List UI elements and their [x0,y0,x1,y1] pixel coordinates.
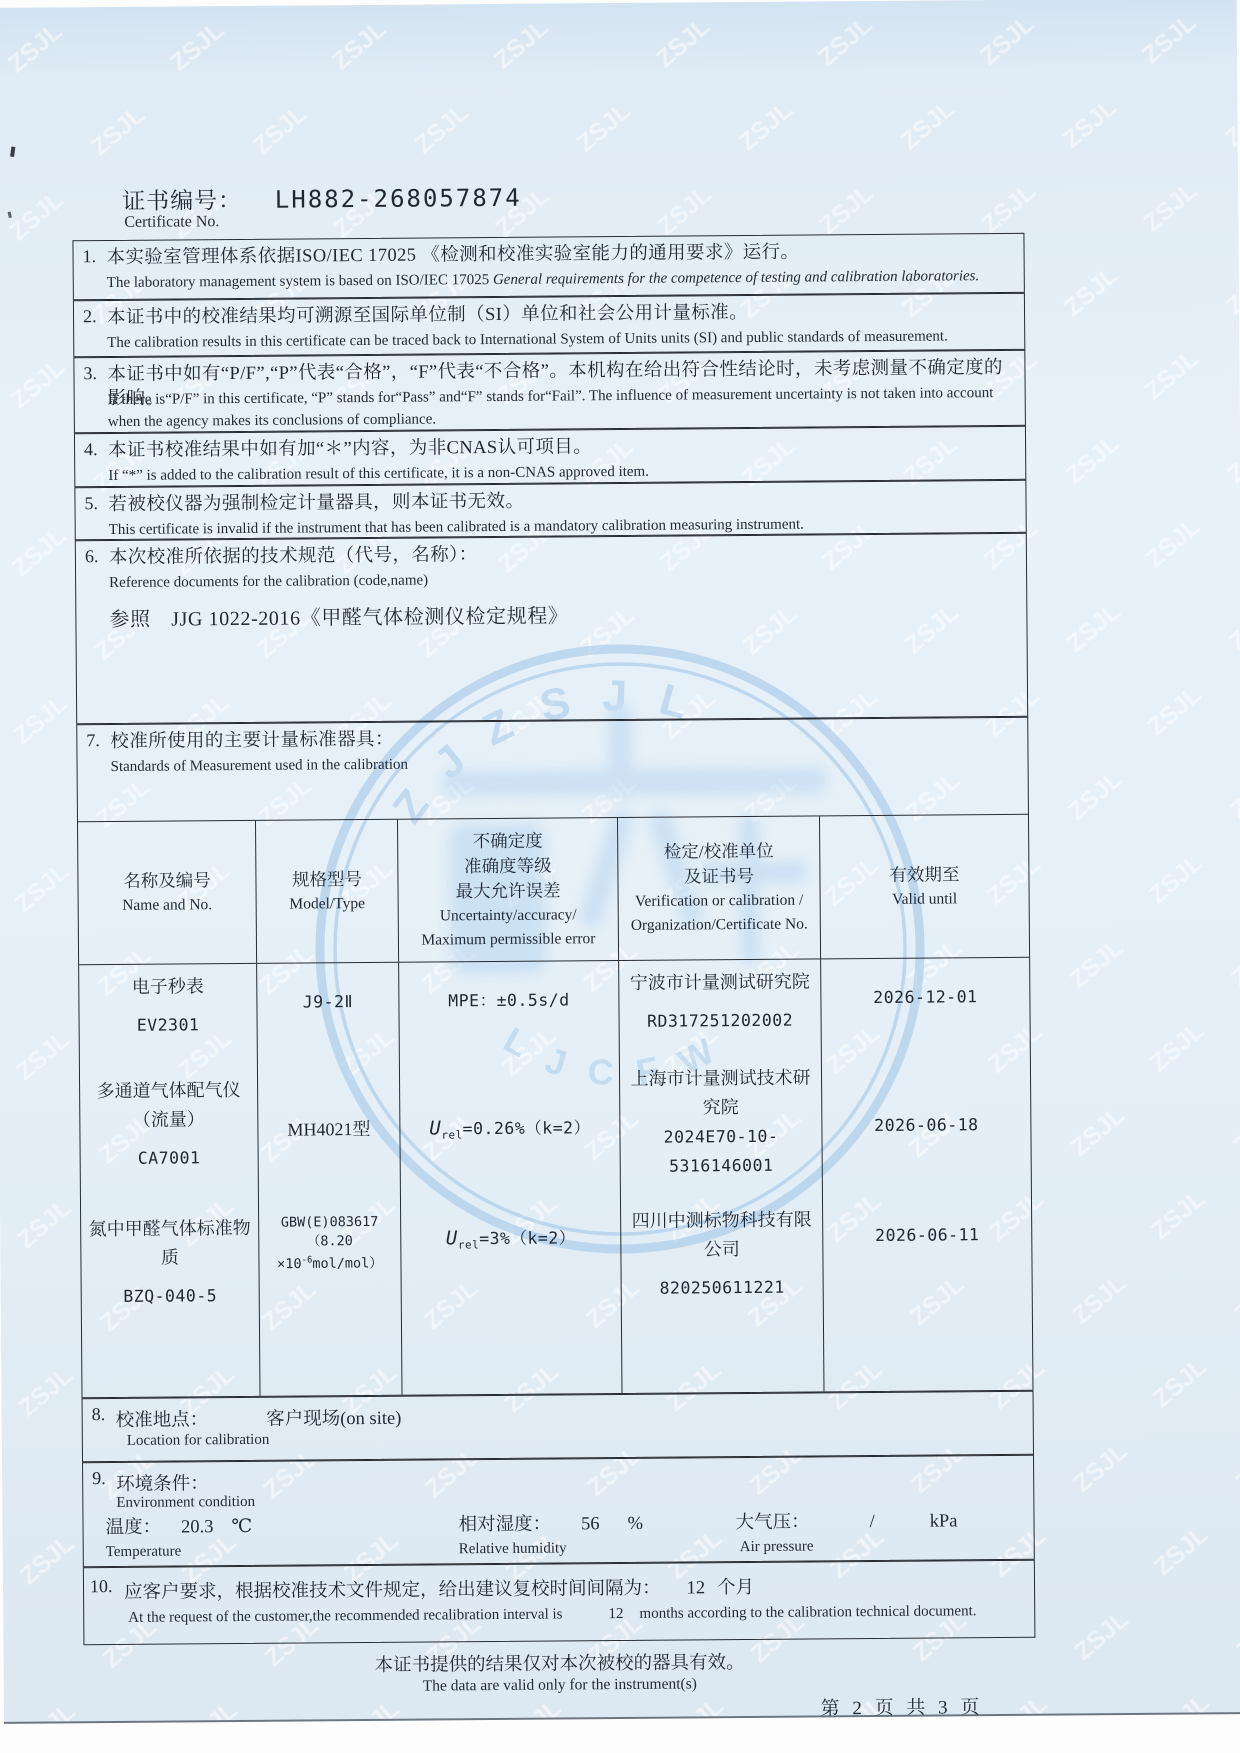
column-verification-org: 宁波市计量测试研究院 RD317251202002 上海市计量测试技术研 究院 … [619,959,824,1393]
environment-title-en: Environment condition [116,1494,255,1512]
header-name-no: 名称及编号 Name and No. [78,821,257,964]
location-value: 客户现场(on site) [266,1409,401,1430]
temperature-group: 温度：20.3℃ Temperature [105,1512,252,1561]
certificate-number-value: LH882-268057874 [275,184,522,214]
row3-uncertainty: Urel=3%（k=2） [401,1223,620,1260]
environment-title-zh: 环境条件： [116,1469,209,1496]
clause-text-en: Reference documents for the calibration … [109,565,1014,594]
clause-1-box: 1. 本实验室管理体系依据ISO/IEC 17025 《检测和校准实验室能力的通… [72,233,1024,300]
standards-table-header: 名称及编号 Name and No. 规格型号 Model/Type 不确定度 … [78,815,1029,965]
clause-3-box: 3. 本证书中如有“P/F”,“P”代表“合格”，“F”代表“不合格”。本机构在… [73,350,1026,433]
scan-speck [8,212,12,219]
row3-name: 氮中甲醛气体标准物 质 BZQ-040-5 [81,1214,259,1311]
row1-name: 电子秒表 EV2301 [79,972,257,1040]
clause-number: 4. [84,439,98,460]
reference-document: 参照 JJG 1022-2016《甲醛气体检测仪检定规程》 [109,599,568,632]
humidity-line: 相对湿度：56% [458,1509,643,1536]
row2-org: 上海市计量测试技术研 究院 2024E70-10-5316146001 [620,1063,822,1181]
scanned-certificate-page: ZSJL ZSJL ZJZSJL LJCFW [0,0,1240,1753]
temperature-line: 温度：20.3℃ [105,1512,252,1539]
clause-number: 3. [83,363,97,384]
standards-table-body: 电子秒表 EV2301 多通道气体配气仪 （流量） CA7001 氮中甲醛气体标… [79,958,1032,1397]
clause-6-box: 6. 本次校准所依据的技术规范（代号，名称）： Reference docume… [75,533,1028,724]
clause-number: 6. [85,546,99,567]
clause-4-box: 4. 本证书校准结果中如有加“＊”内容，为非CNAS认可项目。 If “*” i… [74,426,1026,487]
section-number: 9. [92,1468,106,1489]
clause-5-box: 5. 若被校仪器为强制检定计量器具，则本证书无效。 This certifica… [74,480,1026,540]
header-model-type: 规格型号 Model/Type [256,820,399,963]
row3-model: GBW(E)083617（8.20 ×10-6mol/mol） [259,1213,400,1275]
temperature-label-en: Temperature [106,1543,253,1561]
column-name-no: 电子秒表 EV2301 多通道气体配气仪 （流量） CA7001 氮中甲醛气体标… [79,964,260,1397]
environment-section-box: 9. 环境条件： Environment condition 温度：20.3℃ … [82,1455,1035,1567]
row2-model: MH4021型 [258,1115,399,1145]
clause-text-en: The calibration results in this certific… [107,325,1012,354]
section-number: 10. [90,1576,113,1597]
row1-org: 宁波市计量测试研究院 RD317251202002 [619,967,821,1036]
air-pressure-label-en: Air pressure [740,1537,958,1556]
air-pressure-group: 大气压：/kPa Air pressure [735,1506,957,1556]
certificate-number-line: 证书编号： LH882-268057874 [122,180,522,216]
temperature-value: 20.3 [181,1517,214,1537]
section-number: 7. [86,730,100,751]
row3-valid: 2026-06-11 [823,1220,1031,1251]
row1-valid: 2026-12-01 [821,982,1029,1013]
row2-name: 多通道气体配气仪 （流量） CA7001 [80,1076,258,1173]
row3-org: 四川中测标物科技有限 公司 820250611221 [621,1205,823,1303]
humidity-value: 56 [581,1514,600,1534]
standards-title-en: Standards of Measurement used in the cal… [110,749,1015,778]
interval-value: 12 [686,1578,705,1598]
section-number: 8. [92,1404,106,1425]
recalibration-line-en: At the request of the customer,the recom… [128,1603,976,1627]
recalibration-section-box: 10. 应客户要求，根据校准技术文件规定，给出建议复校时间间隔为：12个月 At… [83,1560,1036,1645]
header-verification-org: 检定/校准单位 及证书号 Verification or calibration… [618,816,821,960]
column-valid-until: 2026-12-01 2026-06-18 2026-06-11 [821,958,1032,1392]
clause-text-en: The laboratory management system is base… [107,265,1012,294]
certificate-number-label-en: Certificate No. [124,213,219,232]
header-uncertainty: 不确定度 准确度等级 最大允许误差 Uncertainty/accuracy/ … [398,818,619,962]
humidity-group: 相对湿度：56% Relative humidity [458,1509,643,1558]
standards-section-box: 7. 校准所使用的主要计量标准器具： Standards of Measurem… [76,717,1033,1398]
humidity-label-en: Relative humidity [459,1540,644,1558]
certificate-number-label: 证书编号： [122,188,242,214]
row1-mpe: MPE：±0.5s/d [399,985,618,1016]
recalibration-line-zh: 应客户要求，根据校准技术文件规定，给出建议复校时间间隔为：12个月 [124,1573,754,1604]
clause-text-en: If there is“P/F” in this certificate, “P… [108,382,1013,433]
row2-valid: 2026-06-18 [822,1110,1030,1141]
clause-number: 2. [83,306,97,327]
paper-sheet: ZSJL ZSJL ZJZSJL LJCFW [0,0,1240,1724]
location-label-en: Location for calibration [127,1432,270,1450]
air-pressure-line: 大气压：/kPa [735,1506,957,1534]
row2-uncertainty: Urel=0.26%（k=2） [400,1113,619,1150]
air-pressure-value: / [869,1512,874,1532]
column-uncertainty: MPE：±0.5s/d Urel=0.26%（k=2） Urel=3%（k=2） [399,961,622,1395]
row1-model: J9-2Ⅱ [257,987,398,1017]
header-valid-until: 有效期至 Valid until [820,815,1029,959]
clause-number: 5. [84,493,98,514]
document-content: 证书编号： LH882-268057874 Certificate No. 1.… [0,0,1240,1724]
clause-number: 1. [82,246,96,267]
scan-speck [10,147,15,157]
column-model-type: J9-2Ⅱ MH4021型 GBW(E)083617（8.20 ×10-6mol… [257,963,402,1396]
page-number: 第 2 页 共 3 页 [770,1692,1034,1721]
standards-table: 名称及编号 Name and No. 规格型号 Model/Type 不确定度 … [78,814,1032,1397]
location-line: 校准地点：客户现场(on site) [116,1404,402,1432]
clause-2-box: 2. 本证书中的校准结果均可溯源至国际单位制（SI）单位和社会公用计量标准。 T… [73,293,1025,357]
interval-value-en: 12 [608,1606,623,1622]
location-section-box: 8. 校准地点：客户现场(on site) Location for calib… [82,1391,1034,1462]
